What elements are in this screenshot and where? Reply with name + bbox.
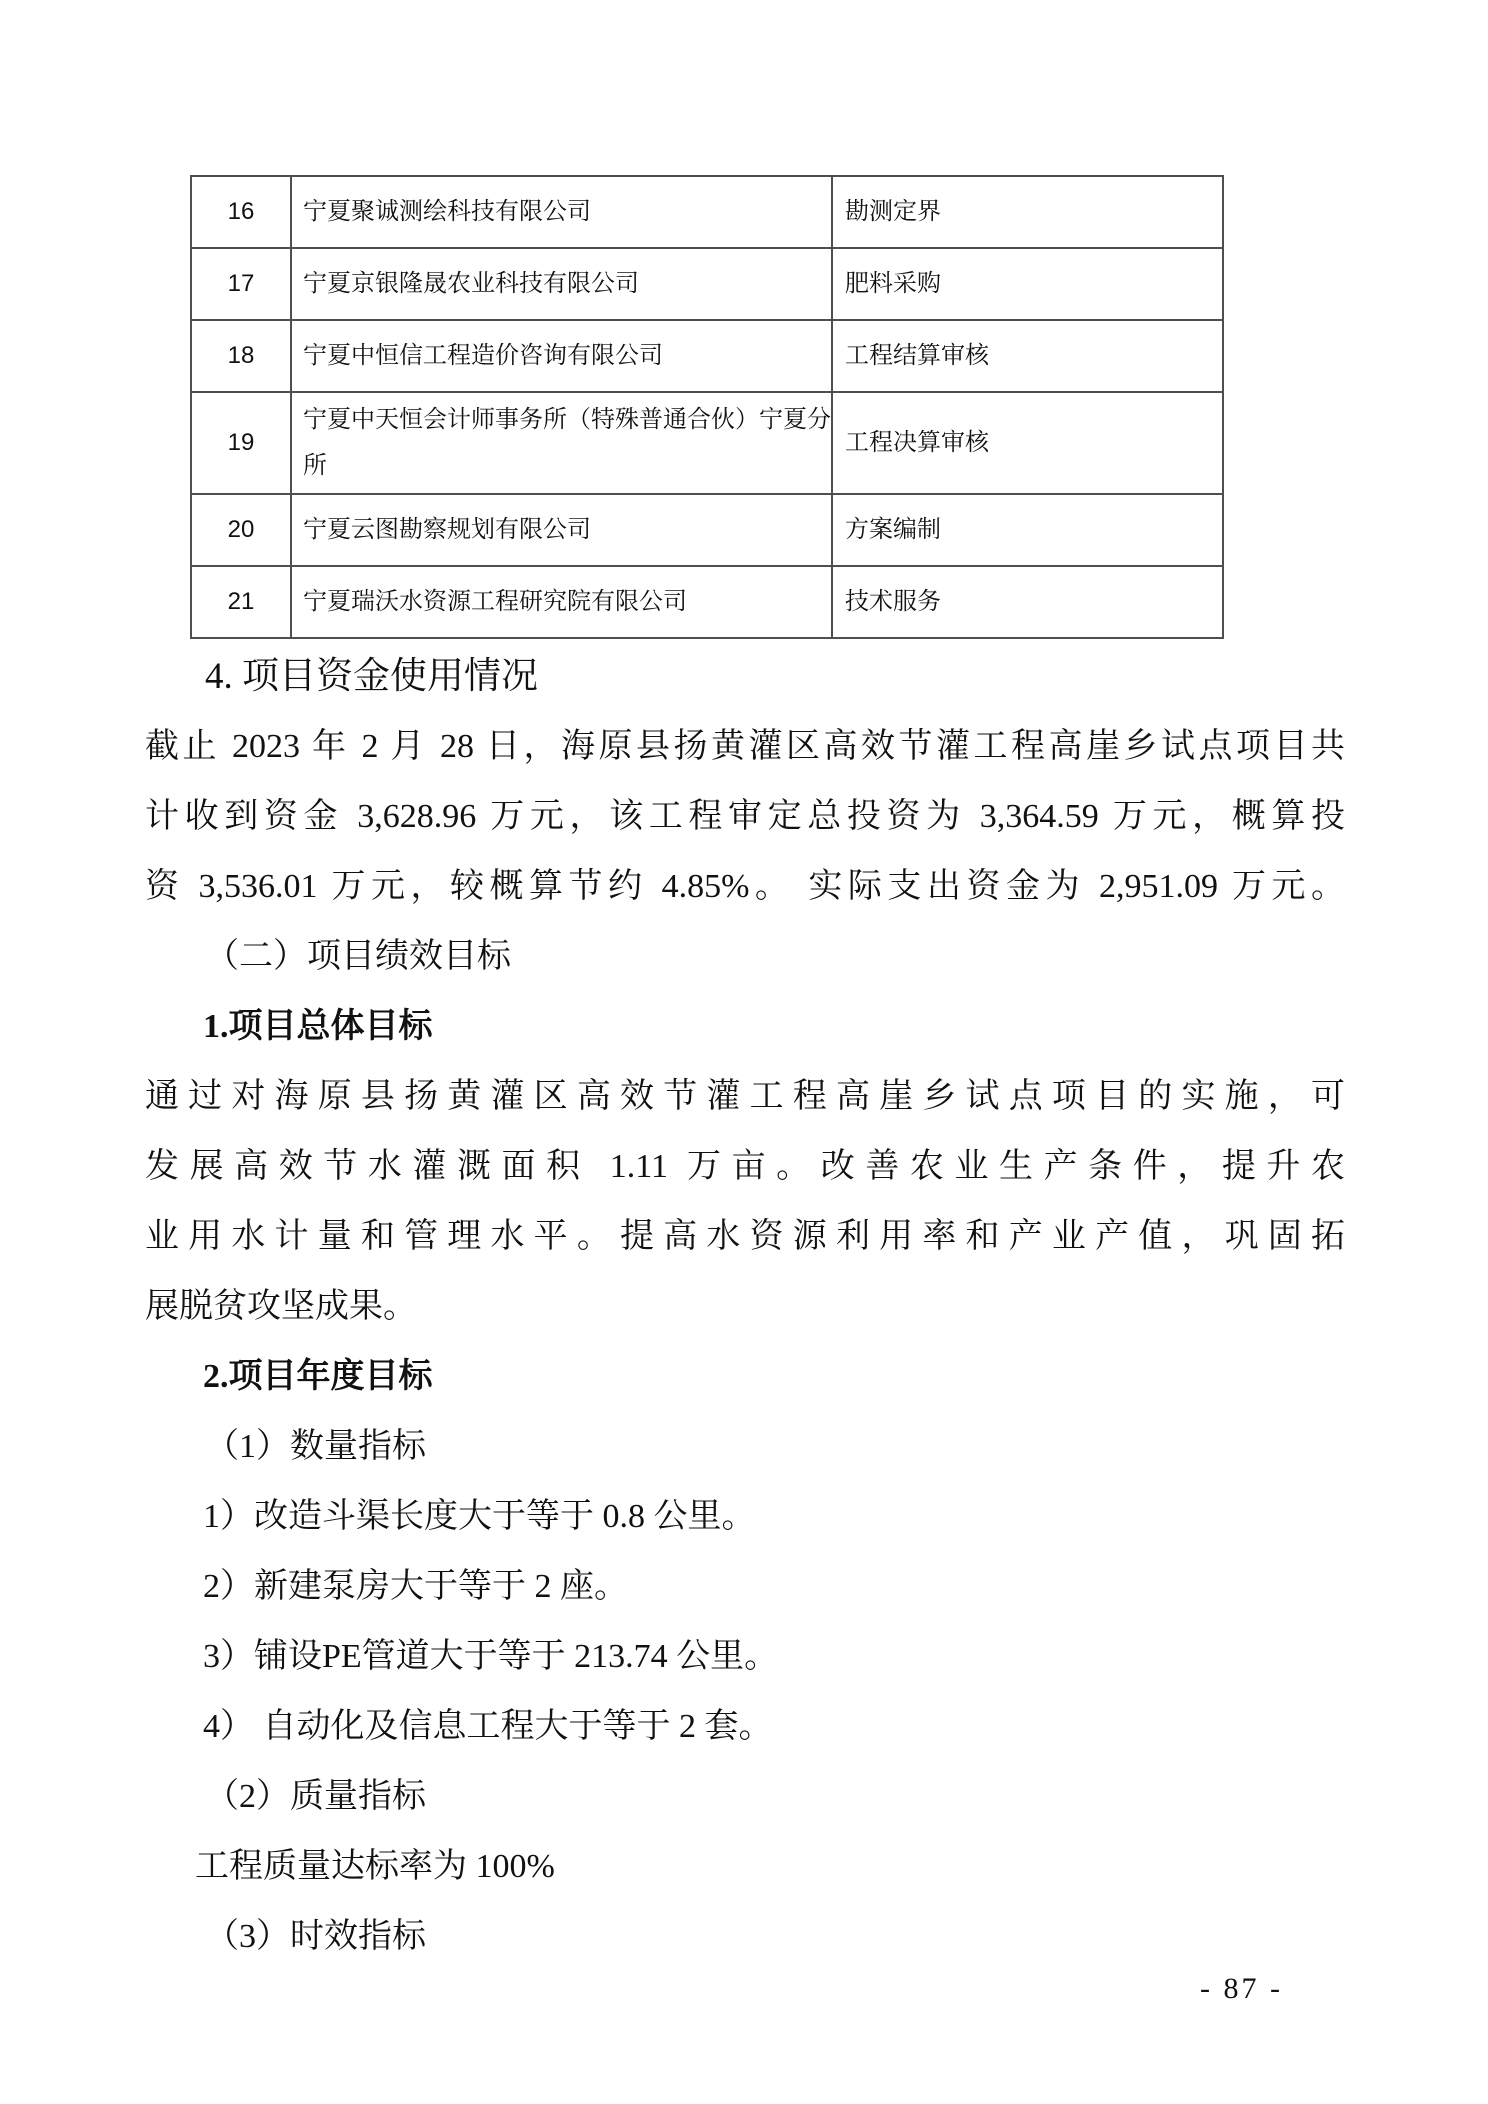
row-role: 工程决算审核 xyxy=(832,392,1223,494)
row-number: 19 xyxy=(191,392,291,494)
row-number: 21 xyxy=(191,566,291,638)
row-company: 宁夏中恒信工程造价咨询有限公司 xyxy=(291,320,832,392)
row-number: 16 xyxy=(191,176,291,248)
row-role: 肥料采购 xyxy=(832,248,1223,320)
row-number: 17 xyxy=(191,248,291,320)
heading-time-indicator: （3）时效指标 xyxy=(145,1902,1345,1972)
row-role: 技术服务 xyxy=(832,566,1223,638)
funds-paragraph-line: 计收到资金 3,628.96 万元，该工程审定总投资为 3,364.59 万元，… xyxy=(145,782,1345,852)
quantity-item: 1）改造斗渠长度大于等于 0.8 公里。 xyxy=(145,1482,1345,1552)
funds-paragraph-line: 截止 2023 年 2 月 28 日，海原县扬黄灌区高效节灌工程高崖乡试点项目共 xyxy=(145,712,1345,782)
row-role: 方案编制 xyxy=(832,494,1223,566)
table-row: 16 宁夏聚诚测绘科技有限公司 勘测定界 xyxy=(191,176,1223,248)
quality-rate-line: 工程质量达标率为 100% xyxy=(145,1832,1345,1902)
row-company: 宁夏云图勘察规划有限公司 xyxy=(291,494,832,566)
row-company: 宁夏中天恒会计师事务所（特殊普通合伙）宁夏分所 xyxy=(291,392,832,494)
section-heading-funds: 4. 项目资金使用情况 xyxy=(145,642,1345,712)
page-number: - 87 - xyxy=(1200,1972,1360,2006)
heading-overall-goal: 1.项目总体目标 xyxy=(145,992,1345,1062)
page-body-text: 4. 项目资金使用情况 截止 2023 年 2 月 28 日，海原县扬黄灌区高效… xyxy=(145,642,1345,1972)
overall-paragraph-line: 发展高效节水灌溉面积 1.11 万亩。改善农业生产条件，提升农 xyxy=(145,1132,1345,1202)
quantity-item: 4） 自动化及信息工程大于等于 2 套。 xyxy=(145,1692,1345,1762)
quantity-item: 3）铺设PE管道大于等于 213.74 公里。 xyxy=(145,1622,1345,1692)
heading-quality-indicator: （2）质量指标 xyxy=(145,1762,1345,1832)
row-role: 工程结算审核 xyxy=(832,320,1223,392)
table-row: 20 宁夏云图勘察规划有限公司 方案编制 xyxy=(191,494,1223,566)
row-company: 宁夏京银隆晟农业科技有限公司 xyxy=(291,248,832,320)
table-row: 19 宁夏中天恒会计师事务所（特殊普通合伙）宁夏分所 工程决算审核 xyxy=(191,392,1223,494)
row-role: 勘测定界 xyxy=(832,176,1223,248)
table-row: 21 宁夏瑞沃水资源工程研究院有限公司 技术服务 xyxy=(191,566,1223,638)
table-row: 17 宁夏京银隆晟农业科技有限公司 肥料采购 xyxy=(191,248,1223,320)
row-number: 18 xyxy=(191,320,291,392)
table-row: 18 宁夏中恒信工程造价咨询有限公司 工程结算审核 xyxy=(191,320,1223,392)
overall-paragraph-line: 业用水计量和管理水平。提高水资源利用率和产业产值，巩固拓 xyxy=(145,1202,1345,1272)
participants-table-body: 16 宁夏聚诚测绘科技有限公司 勘测定界 17 宁夏京银隆晟农业科技有限公司 肥… xyxy=(191,176,1223,638)
row-company: 宁夏聚诚测绘科技有限公司 xyxy=(291,176,832,248)
heading-annual-goal: 2.项目年度目标 xyxy=(145,1342,1345,1412)
funds-paragraph-line: 资 3,536.01 万元，较概算节约 4.85%。 实际支出资金为 2,951… xyxy=(145,852,1345,922)
document-page: 16 宁夏聚诚测绘科技有限公司 勘测定界 17 宁夏京银隆晟农业科技有限公司 肥… xyxy=(0,0,1488,2104)
row-company: 宁夏瑞沃水资源工程研究院有限公司 xyxy=(291,566,832,638)
row-number: 20 xyxy=(191,494,291,566)
quantity-item: 2）新建泵房大于等于 2 座。 xyxy=(145,1552,1345,1622)
overall-paragraph-line: 通过对海原县扬黄灌区高效节灌工程高崖乡试点项目的实施，可 xyxy=(145,1062,1345,1132)
section-heading-performance: （二）项目绩效目标 xyxy=(145,922,1345,992)
heading-quantity-indicator: （1）数量指标 xyxy=(145,1412,1345,1482)
participants-table: 16 宁夏聚诚测绘科技有限公司 勘测定界 17 宁夏京银隆晟农业科技有限公司 肥… xyxy=(190,175,1224,639)
overall-paragraph-line: 展脱贫攻坚成果。 xyxy=(145,1272,1345,1342)
